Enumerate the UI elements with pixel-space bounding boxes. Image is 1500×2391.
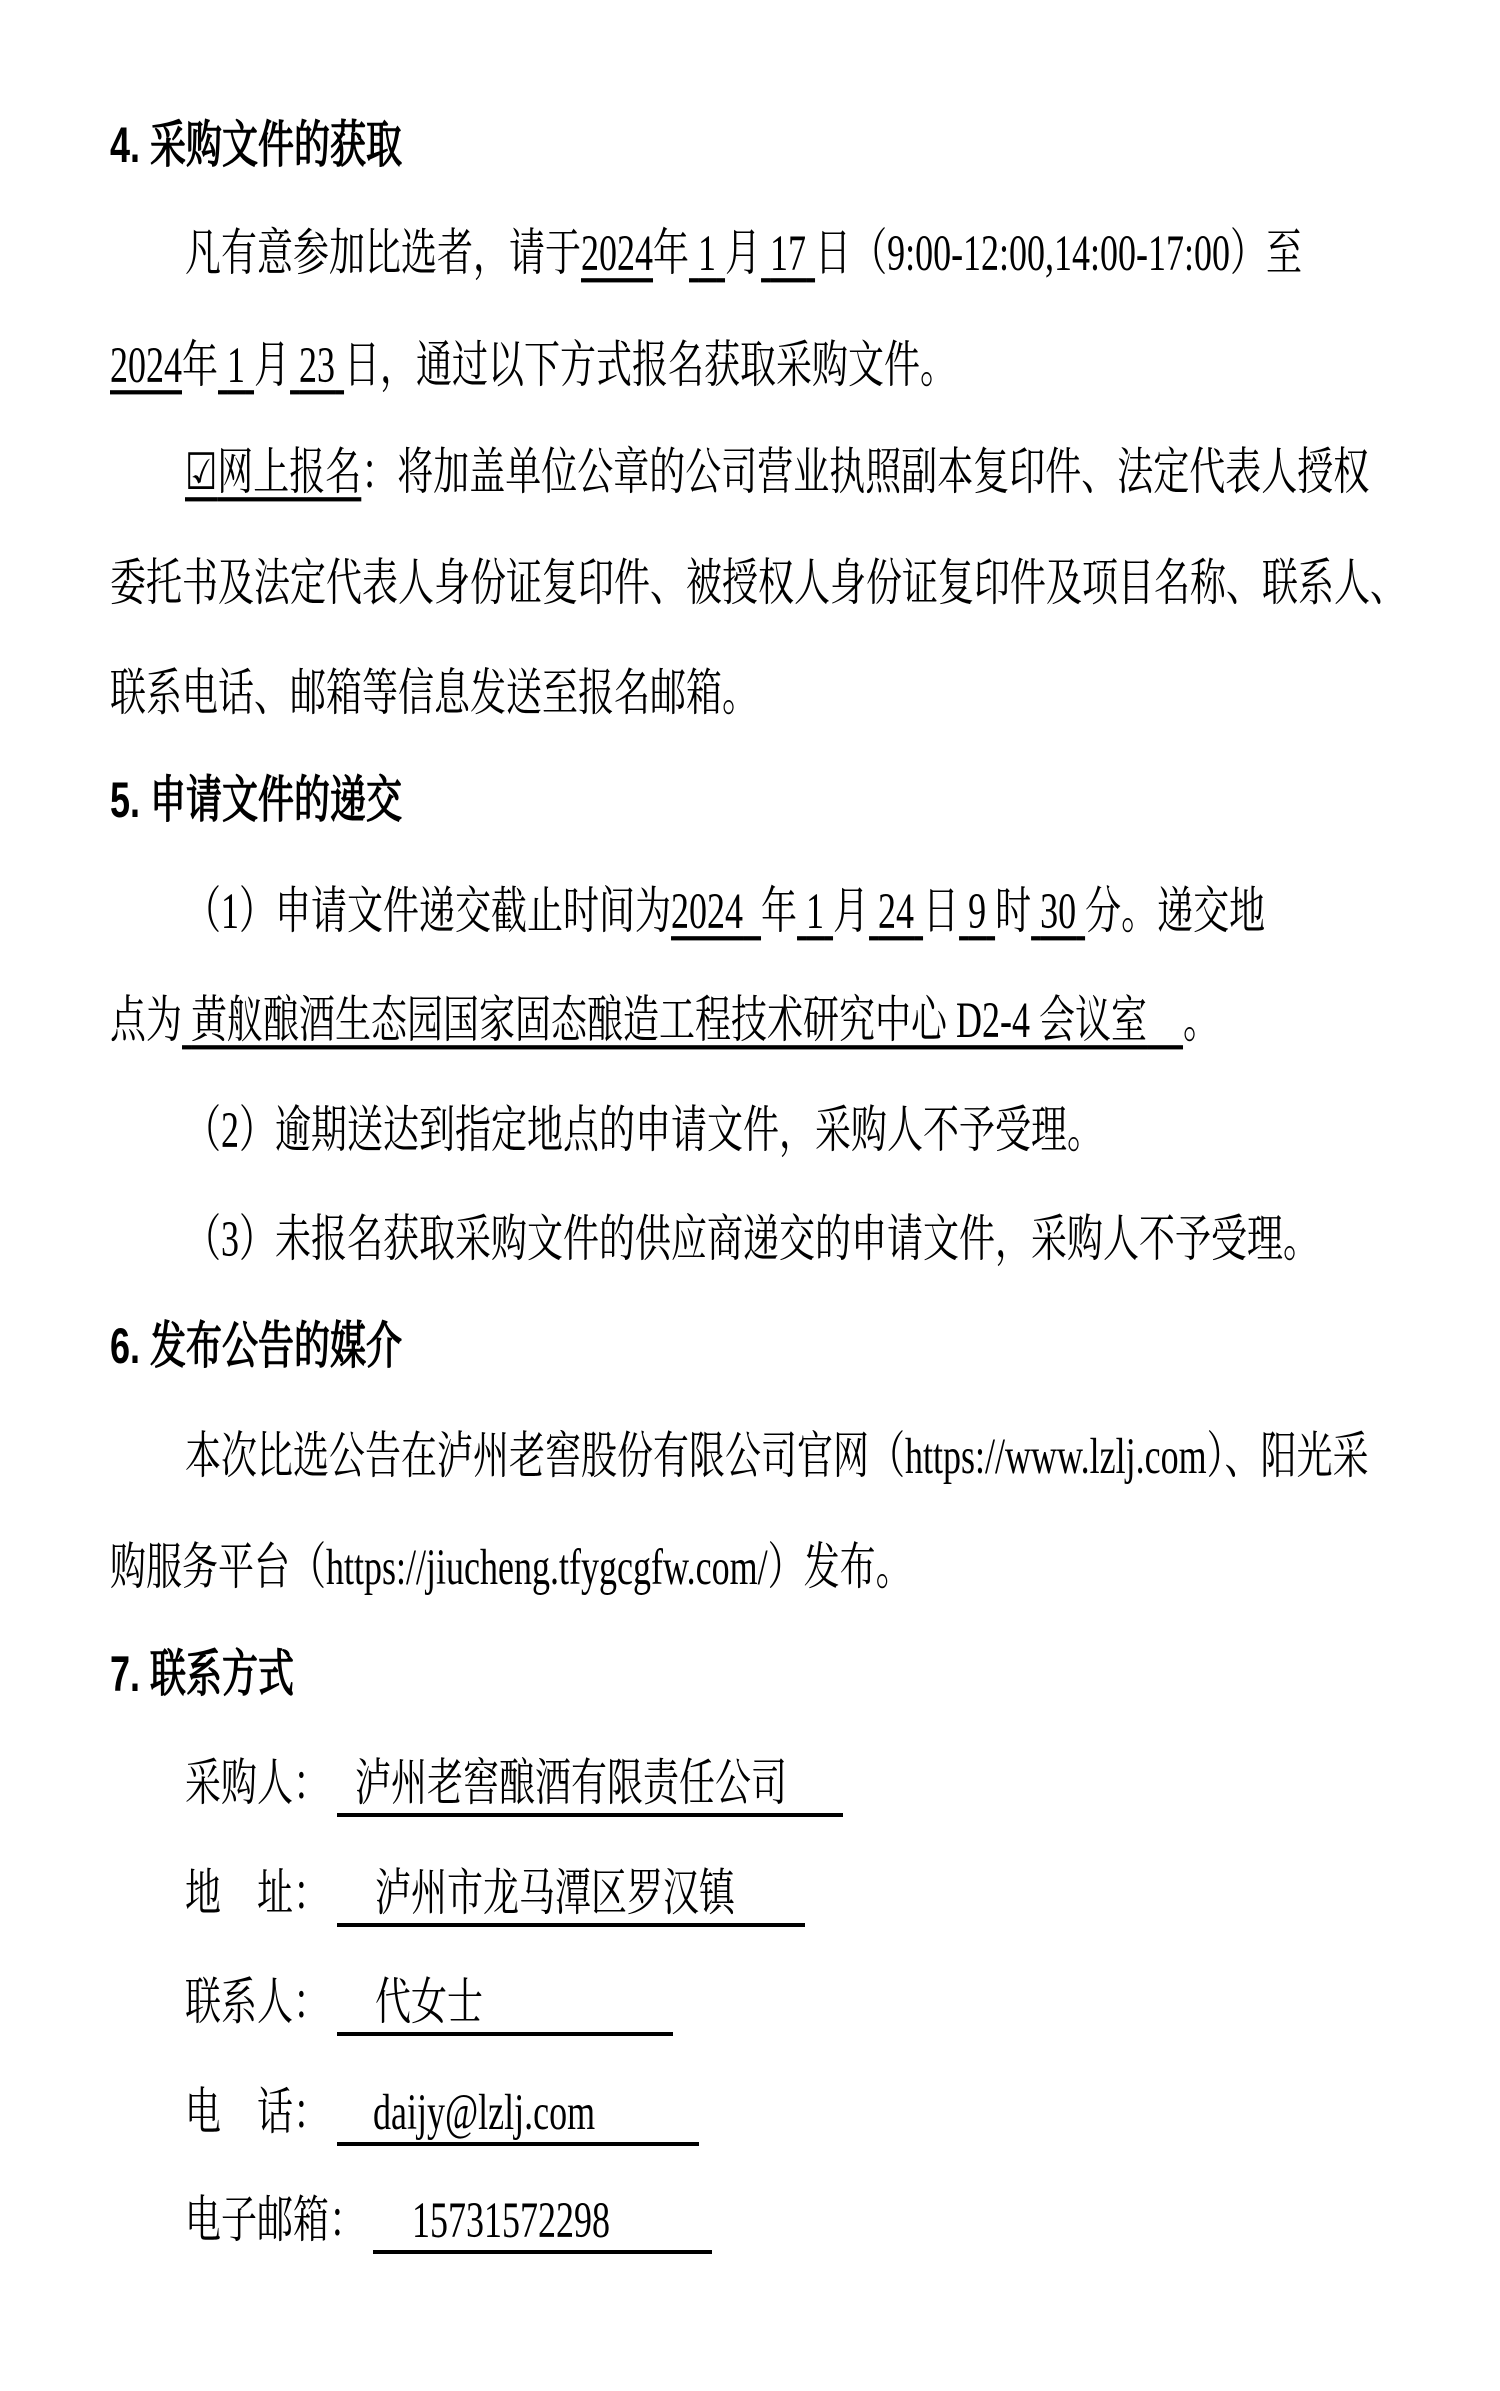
start-year: 2024: [581, 225, 653, 281]
contact-value: 泸州老窖酿酒有限责任公司: [355, 1748, 787, 1818]
online-registration-line-3: 联系电话、邮箱等信息发送至报名邮箱。: [110, 658, 758, 728]
contact-value: 泸州市龙马潭区罗汉镇: [375, 1858, 735, 1928]
section-6-heading: 6. 发布公告的媒介: [110, 1311, 402, 1381]
underline: [373, 2250, 712, 2254]
deadline-year: 2024: [671, 883, 761, 939]
online-registration-line-1: ☑网上报名：将加盖单位公章的公司营业执照副本复印件、法定代表人授权: [185, 437, 1369, 507]
contact-value: 15731572298: [412, 2185, 610, 2255]
section-7-heading: 7. 联系方式: [110, 1639, 294, 1709]
checkbox-checked-icon: ☑: [185, 444, 217, 500]
start-month: 1: [689, 225, 725, 281]
underline: [337, 2142, 699, 2146]
para-prefix: 凡有意参加比选者，请于: [185, 225, 581, 281]
month-label: 月: [833, 883, 869, 939]
underline: [337, 1813, 843, 1817]
deadline-minute: 30: [1031, 883, 1085, 939]
media-line-2: 购服务平台（https://jiucheng.tfygcgfw.com/）发布。: [110, 1532, 912, 1602]
location-prefix: 点为: [110, 992, 182, 1048]
end-day: 23: [290, 337, 344, 393]
para-suffix: 日，通过以下方式报名获取采购文件。: [344, 337, 956, 393]
media-line-1: 本次比选公告在泸州老窖股份有限公司官网（https://www.lzlj.com…: [185, 1421, 1369, 1491]
deadline-prefix: （1）申请文件递交截止时间为: [185, 883, 671, 939]
contact-label: 电子邮箱：: [185, 2185, 365, 2255]
hours-text: （9:00-12:00,14:00-17:00）至: [851, 225, 1302, 281]
deadline-hour: 9: [959, 883, 995, 939]
location-suffix: 。: [1183, 992, 1219, 1048]
section-4-heading: 4. 采购文件的获取: [110, 110, 402, 180]
contact-label: 电 话：: [185, 2077, 329, 2147]
online-registration-label: 网上报名: [217, 444, 361, 500]
start-day: 17: [761, 225, 815, 281]
section-4-paragraph-line-2: 2024年 1 月 23 日，通过以下方式报名获取采购文件。: [110, 330, 956, 400]
submission-location: 黄舣酿酒生态园国家固态酿造工程技术研究中心 D2-4 会议室: [182, 992, 1183, 1048]
contact-label: 地 址：: [185, 1858, 329, 1928]
submission-item-2: （2）逾期送达到指定地点的申请文件，采购人不予受理。: [185, 1095, 1103, 1165]
hour-label: 时: [995, 883, 1031, 939]
minute-label: 分。递交地: [1085, 883, 1265, 939]
year-label: 年: [182, 337, 218, 393]
online-registration-option: ☑网上报名: [185, 444, 361, 500]
submission-deadline-line-1: （1）申请文件递交截止时间为2024 年 1 月 24 日 9 时 30 分。递…: [185, 876, 1265, 946]
online-registration-line-2: 委托书及法定代表人身份证复印件、被授权人身份证复印件及项目名称、联系人、: [110, 548, 1406, 618]
deadline-day: 24: [869, 883, 923, 939]
end-year: 2024: [110, 337, 182, 393]
section-5-heading: 5. 申请文件的递交: [110, 765, 402, 835]
day-label: 日: [923, 883, 959, 939]
month-label: 月: [254, 337, 290, 393]
submission-location-line: 点为 黄舣酿酒生态园国家固态酿造工程技术研究中心 D2-4 会议室 。: [110, 985, 1219, 1055]
underline: [337, 2032, 673, 2036]
month-label: 月: [725, 225, 761, 281]
section-4-paragraph-line-1: 凡有意参加比选者，请于2024年 1 月 17 日（9:00-12:00,14:…: [185, 218, 1302, 288]
year-label: 年: [761, 883, 797, 939]
day-label: 日: [815, 225, 851, 281]
contact-label: 采购人：: [185, 1748, 329, 1818]
online-registration-text: ：将加盖单位公章的公司营业执照副本复印件、法定代表人授权: [361, 444, 1369, 500]
end-month: 1: [218, 337, 254, 393]
underline: [337, 1923, 805, 1927]
year-label: 年: [653, 225, 689, 281]
deadline-month: 1: [797, 883, 833, 939]
submission-item-3: （3）未报名获取采购文件的供应商递交的申请文件，采购人不予受理。: [185, 1204, 1319, 1274]
contact-label: 联系人：: [185, 1967, 329, 2037]
contact-value: daijy@lzlj.com: [373, 2077, 595, 2147]
contact-value: 代女士: [375, 1967, 483, 2037]
